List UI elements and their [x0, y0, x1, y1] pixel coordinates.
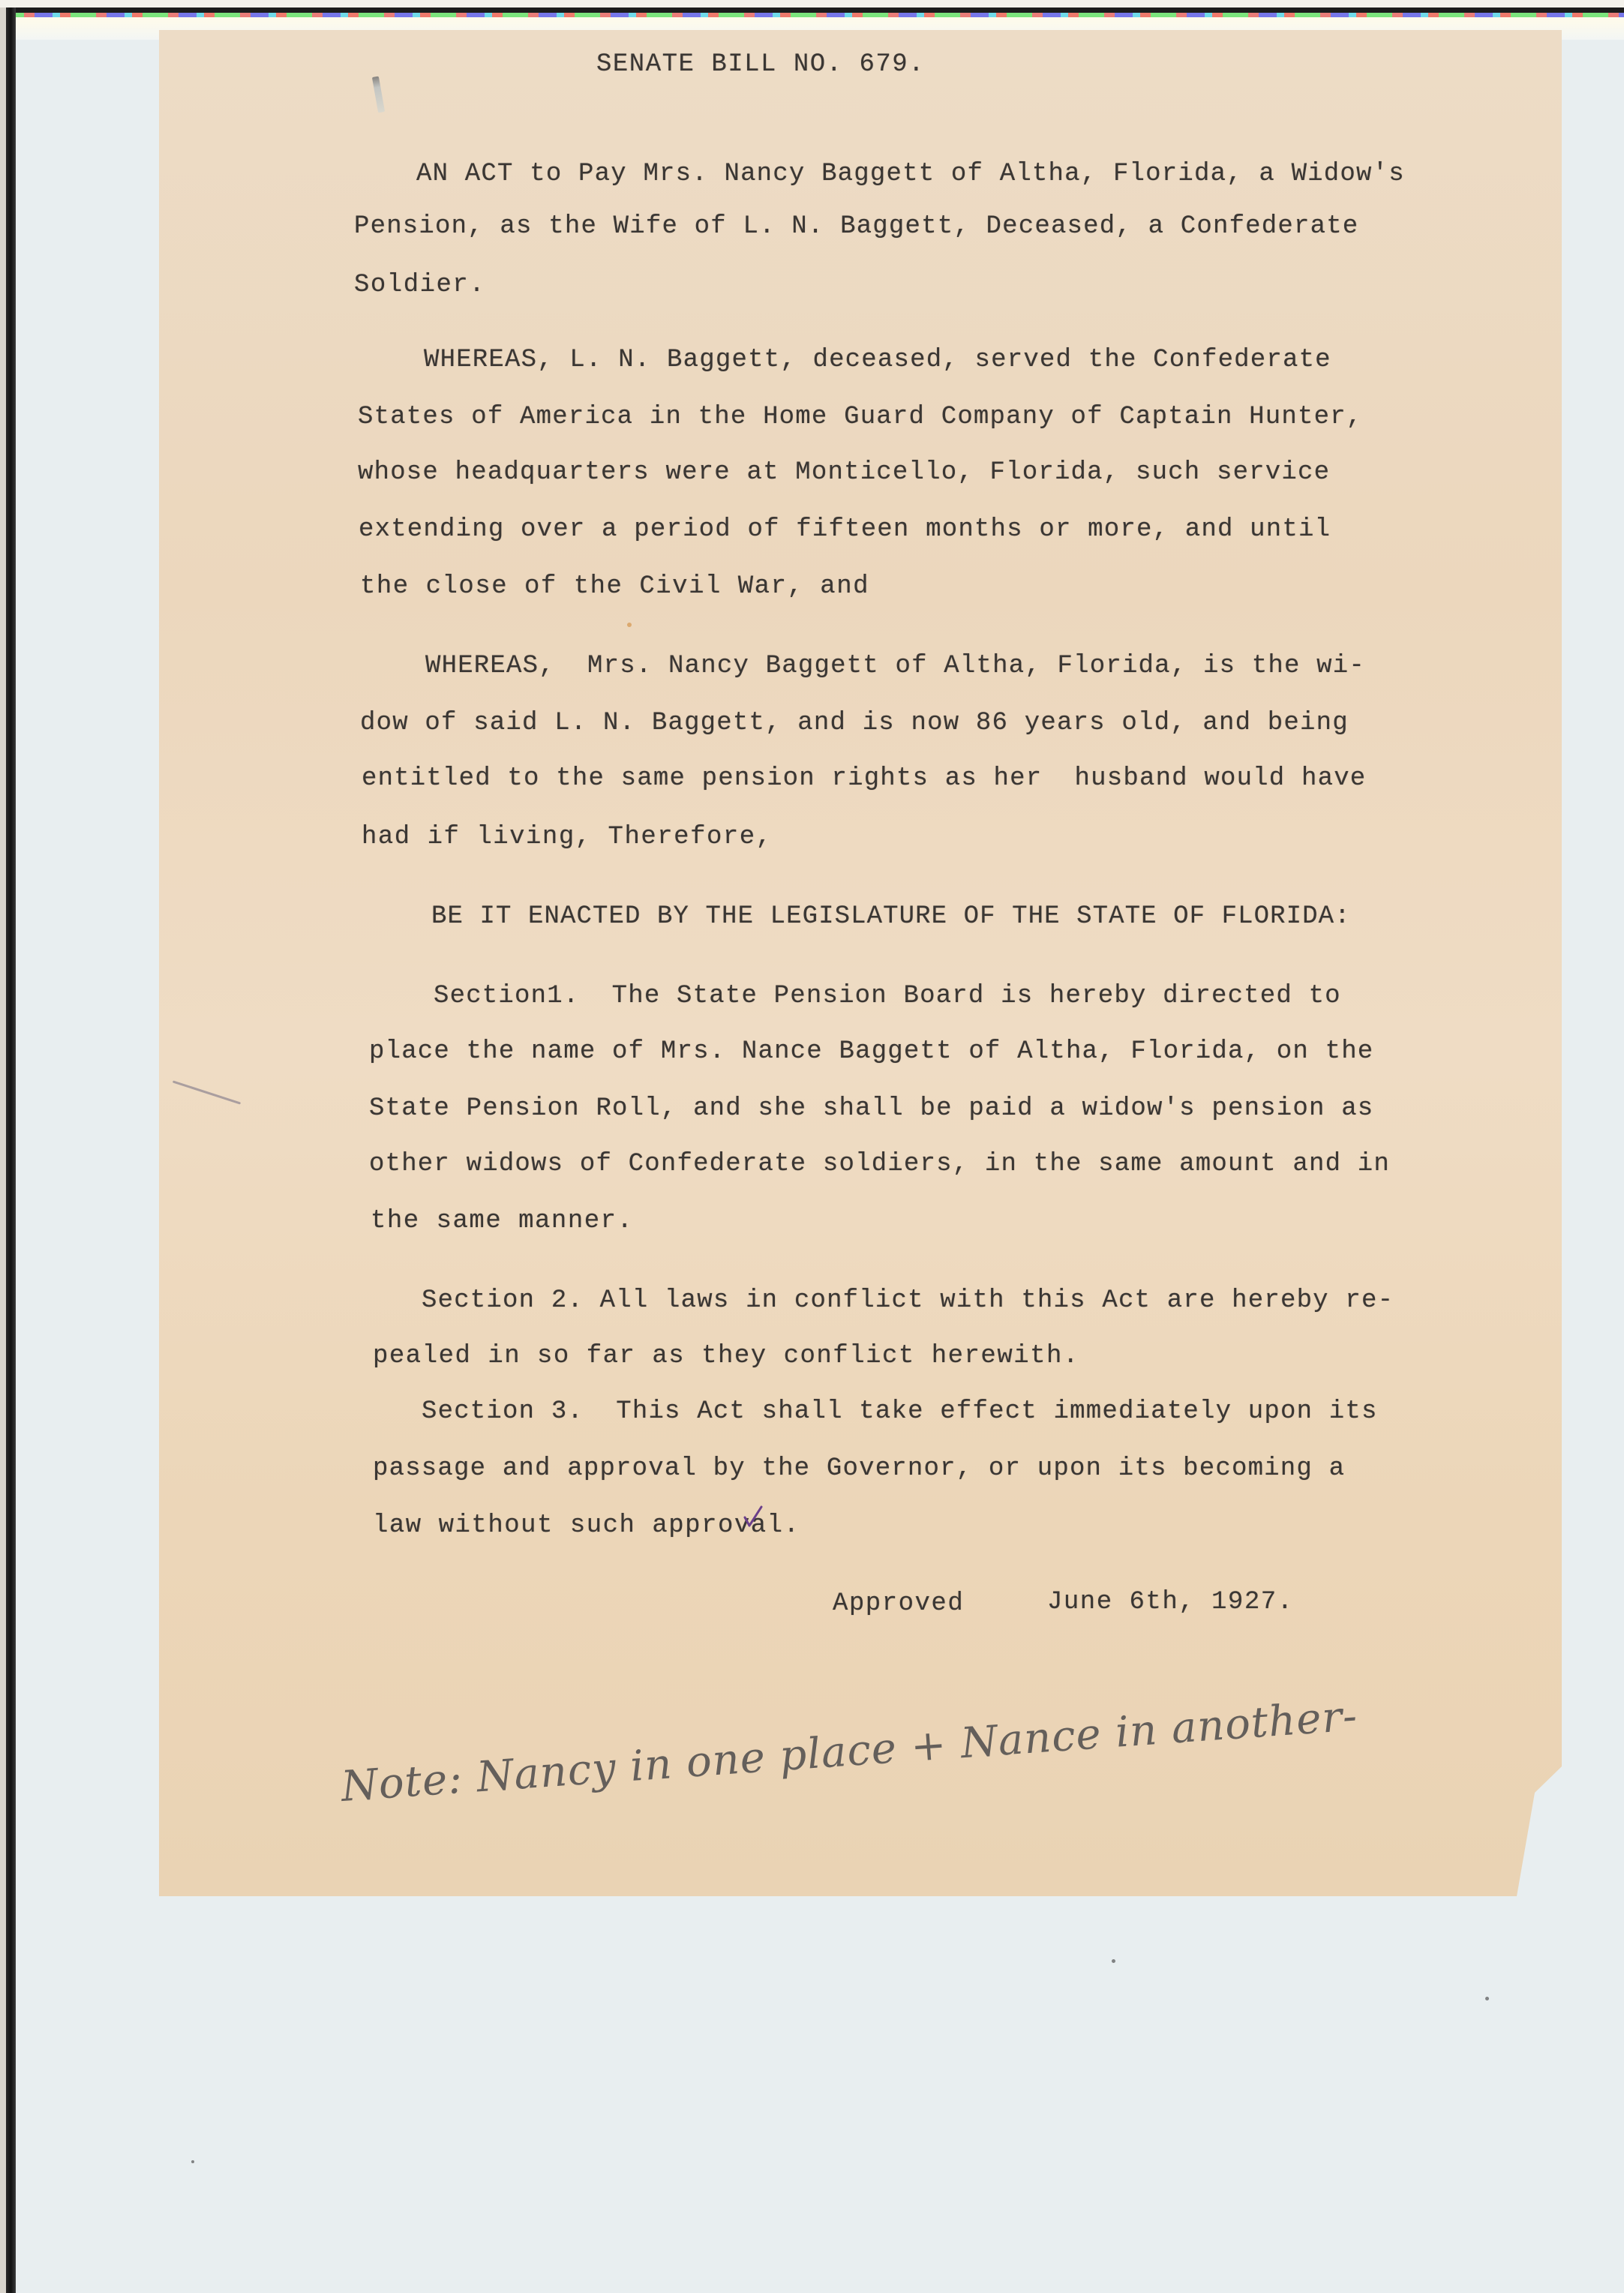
scan-speck — [1485, 1997, 1489, 2000]
bill-title: SENATE BILL NO. 679. — [596, 50, 925, 80]
approval-date: June 6th, 1927. — [1047, 1587, 1294, 1617]
scanner-frame-edge — [0, 8, 6, 2293]
preamble-line-2: Pension, as the Wife of L. N. Baggett, D… — [354, 212, 1358, 242]
whereas-1-line-5: the close of the Civil War, and — [360, 572, 869, 602]
preamble-line-3: Soldier. — [354, 270, 485, 300]
section-3-line-2: passage and approval by the Governor, or… — [373, 1454, 1345, 1484]
scan-speck — [1112, 1959, 1115, 1963]
scan-top-margin — [0, 0, 1624, 8]
section-1-line-2: place the name of Mrs. Nance Baggett of … — [369, 1037, 1373, 1067]
whereas-1-line-4: extending over a period of fifteen month… — [359, 515, 1331, 545]
section-3-line-3: law without such approval. — [373, 1511, 800, 1541]
section-3-line-1: Section 3. This Act shall take effect im… — [422, 1397, 1378, 1427]
section-1-line-1: Section1. The State Pension Board is her… — [434, 981, 1341, 1011]
approval-label: Approved — [833, 1589, 964, 1619]
scan-speck — [191, 2160, 194, 2163]
paper-speck — [627, 623, 632, 627]
whereas-1-line-1: WHEREAS, L. N. Baggett, deceased, served… — [424, 345, 1331, 375]
check-mark-icon — [743, 1505, 763, 1528]
whereas-1-line-3: whose headquarters were at Monticello, F… — [358, 458, 1330, 488]
scanner-left-border — [6, 8, 16, 2293]
section-1-line-5: the same manner. — [371, 1206, 633, 1236]
whereas-2-line-2: dow of said L. N. Baggett, and is now 86… — [360, 708, 1349, 738]
section-2-line-2: pealed in so far as they conflict herewi… — [373, 1341, 1079, 1371]
section-1-line-3: State Pension Roll, and she shall be pai… — [369, 1094, 1373, 1124]
section-2-line-1: Section 2. All laws in conflict with thi… — [422, 1286, 1394, 1316]
whereas-2-line-3: entitled to the same pension rights as h… — [362, 764, 1366, 794]
enacting-clause: BE IT ENACTED BY THE LEGISLATURE OF THE … — [431, 902, 1351, 932]
preamble-line-1: AN ACT to Pay Mrs. Nancy Baggett of Alth… — [416, 159, 1405, 189]
section-1-line-4: other widows of Confederate soldiers, in… — [369, 1149, 1390, 1179]
whereas-2-line-1: WHEREAS, Mrs. Nancy Baggett of Altha, Fl… — [425, 651, 1365, 681]
whereas-2-line-4: had if living, Therefore, — [362, 822, 773, 852]
scanner-top-border — [6, 8, 1624, 13]
whereas-1-line-2: States of America in the Home Guard Comp… — [358, 402, 1362, 432]
